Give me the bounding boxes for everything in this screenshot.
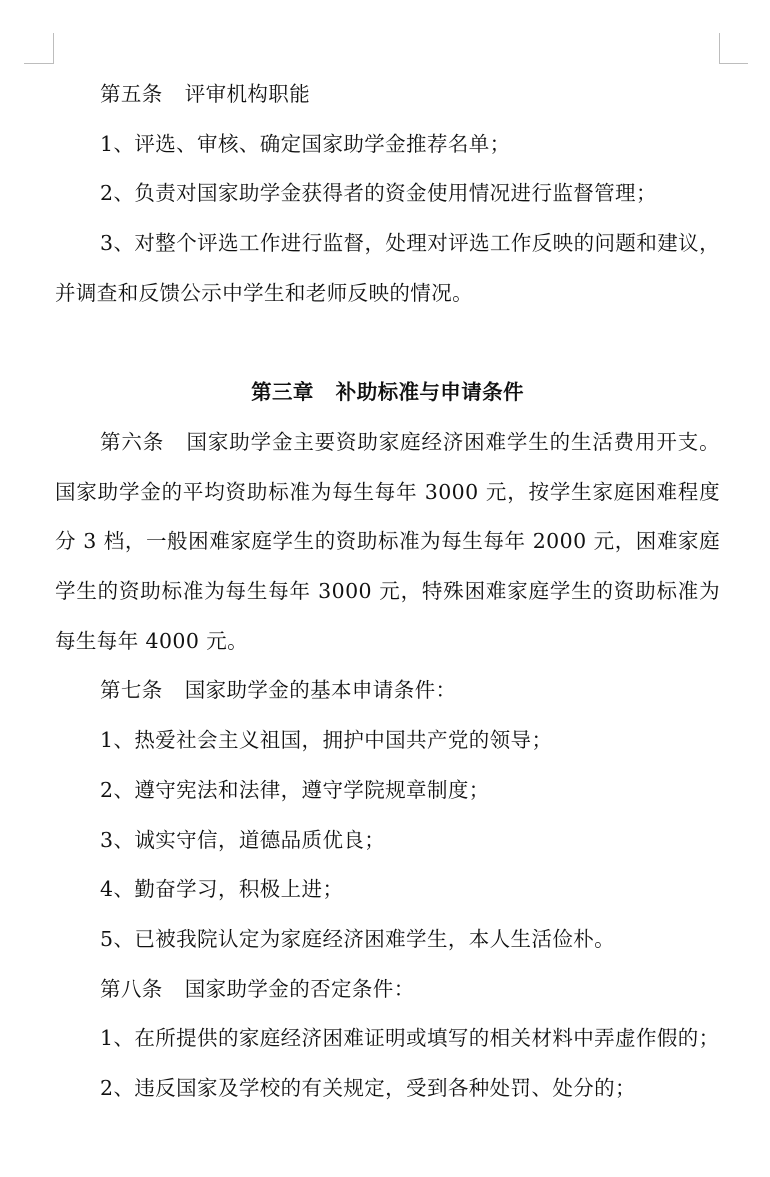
article-7-item-3: 3、诚实守信，道德品质优良； [55,816,720,866]
article-8-heading: 第八条国家助学金的否定条件： [55,965,720,1015]
article-5-title: 评审机构职能 [185,82,310,106]
article-5-item-2: 2、负责对国家助学金获得者的资金使用情况进行监督管理； [55,169,720,219]
article-5-item-3: 3、对整个评选工作进行监督，处理对评选工作反映的问题和建议，并调查和反馈公示中学… [55,219,720,318]
article-5-heading: 第五条评审机构职能 [55,70,720,120]
chapter-3-number: 第三章 [251,380,314,404]
article-6-text: 国家助学金主要资助家庭经济困难学生的生活费用开支。国家助学金的平均资助标准为每生… [55,430,720,653]
page-corner-mark-top-left [24,33,54,64]
article-7-number: 第七条 [100,678,163,702]
article-5-item-1: 1、评选、审核、确定国家助学金推荐名单； [55,120,720,170]
article-7-item-1: 1、热爱社会主义祖国，拥护中国共产党的领导； [55,716,720,766]
article-6-number: 第六条 [100,430,164,454]
page-corner-mark-top-right [719,33,748,64]
article-7-item-2: 2、遵守宪法和法律，遵守学院规章制度； [55,766,720,816]
article-5-number: 第五条 [100,82,163,106]
article-6-paragraph: 第六条国家助学金主要资助家庭经济困难学生的生活费用开支。国家助学金的平均资助标准… [55,418,720,667]
document-page: 第五条评审机构职能 1、评选、审核、确定国家助学金推荐名单； 2、负责对国家助学… [55,70,720,1114]
chapter-3-title: 补助标准与申请条件 [336,380,524,404]
article-7-title: 国家助学金的基本申请条件： [185,678,457,702]
article-8-item-1: 1、在所提供的家庭经济困难证明或填写的相关材料中弄虚作假的； [55,1014,720,1064]
article-8-title: 国家助学金的否定条件： [185,977,415,1001]
article-8-item-2: 2、违反国家及学校的有关规定，受到各种处罚、处分的； [55,1064,720,1114]
article-8-number: 第八条 [100,977,163,1001]
article-7-heading: 第七条国家助学金的基本申请条件： [55,666,720,716]
chapter-3-heading: 第三章补助标准与申请条件 [55,368,720,418]
article-7-item-4: 4、勤奋学习，积极上进； [55,865,720,915]
article-7-item-5: 5、已被我院认定为家庭经济困难学生，本人生活俭朴。 [55,915,720,965]
